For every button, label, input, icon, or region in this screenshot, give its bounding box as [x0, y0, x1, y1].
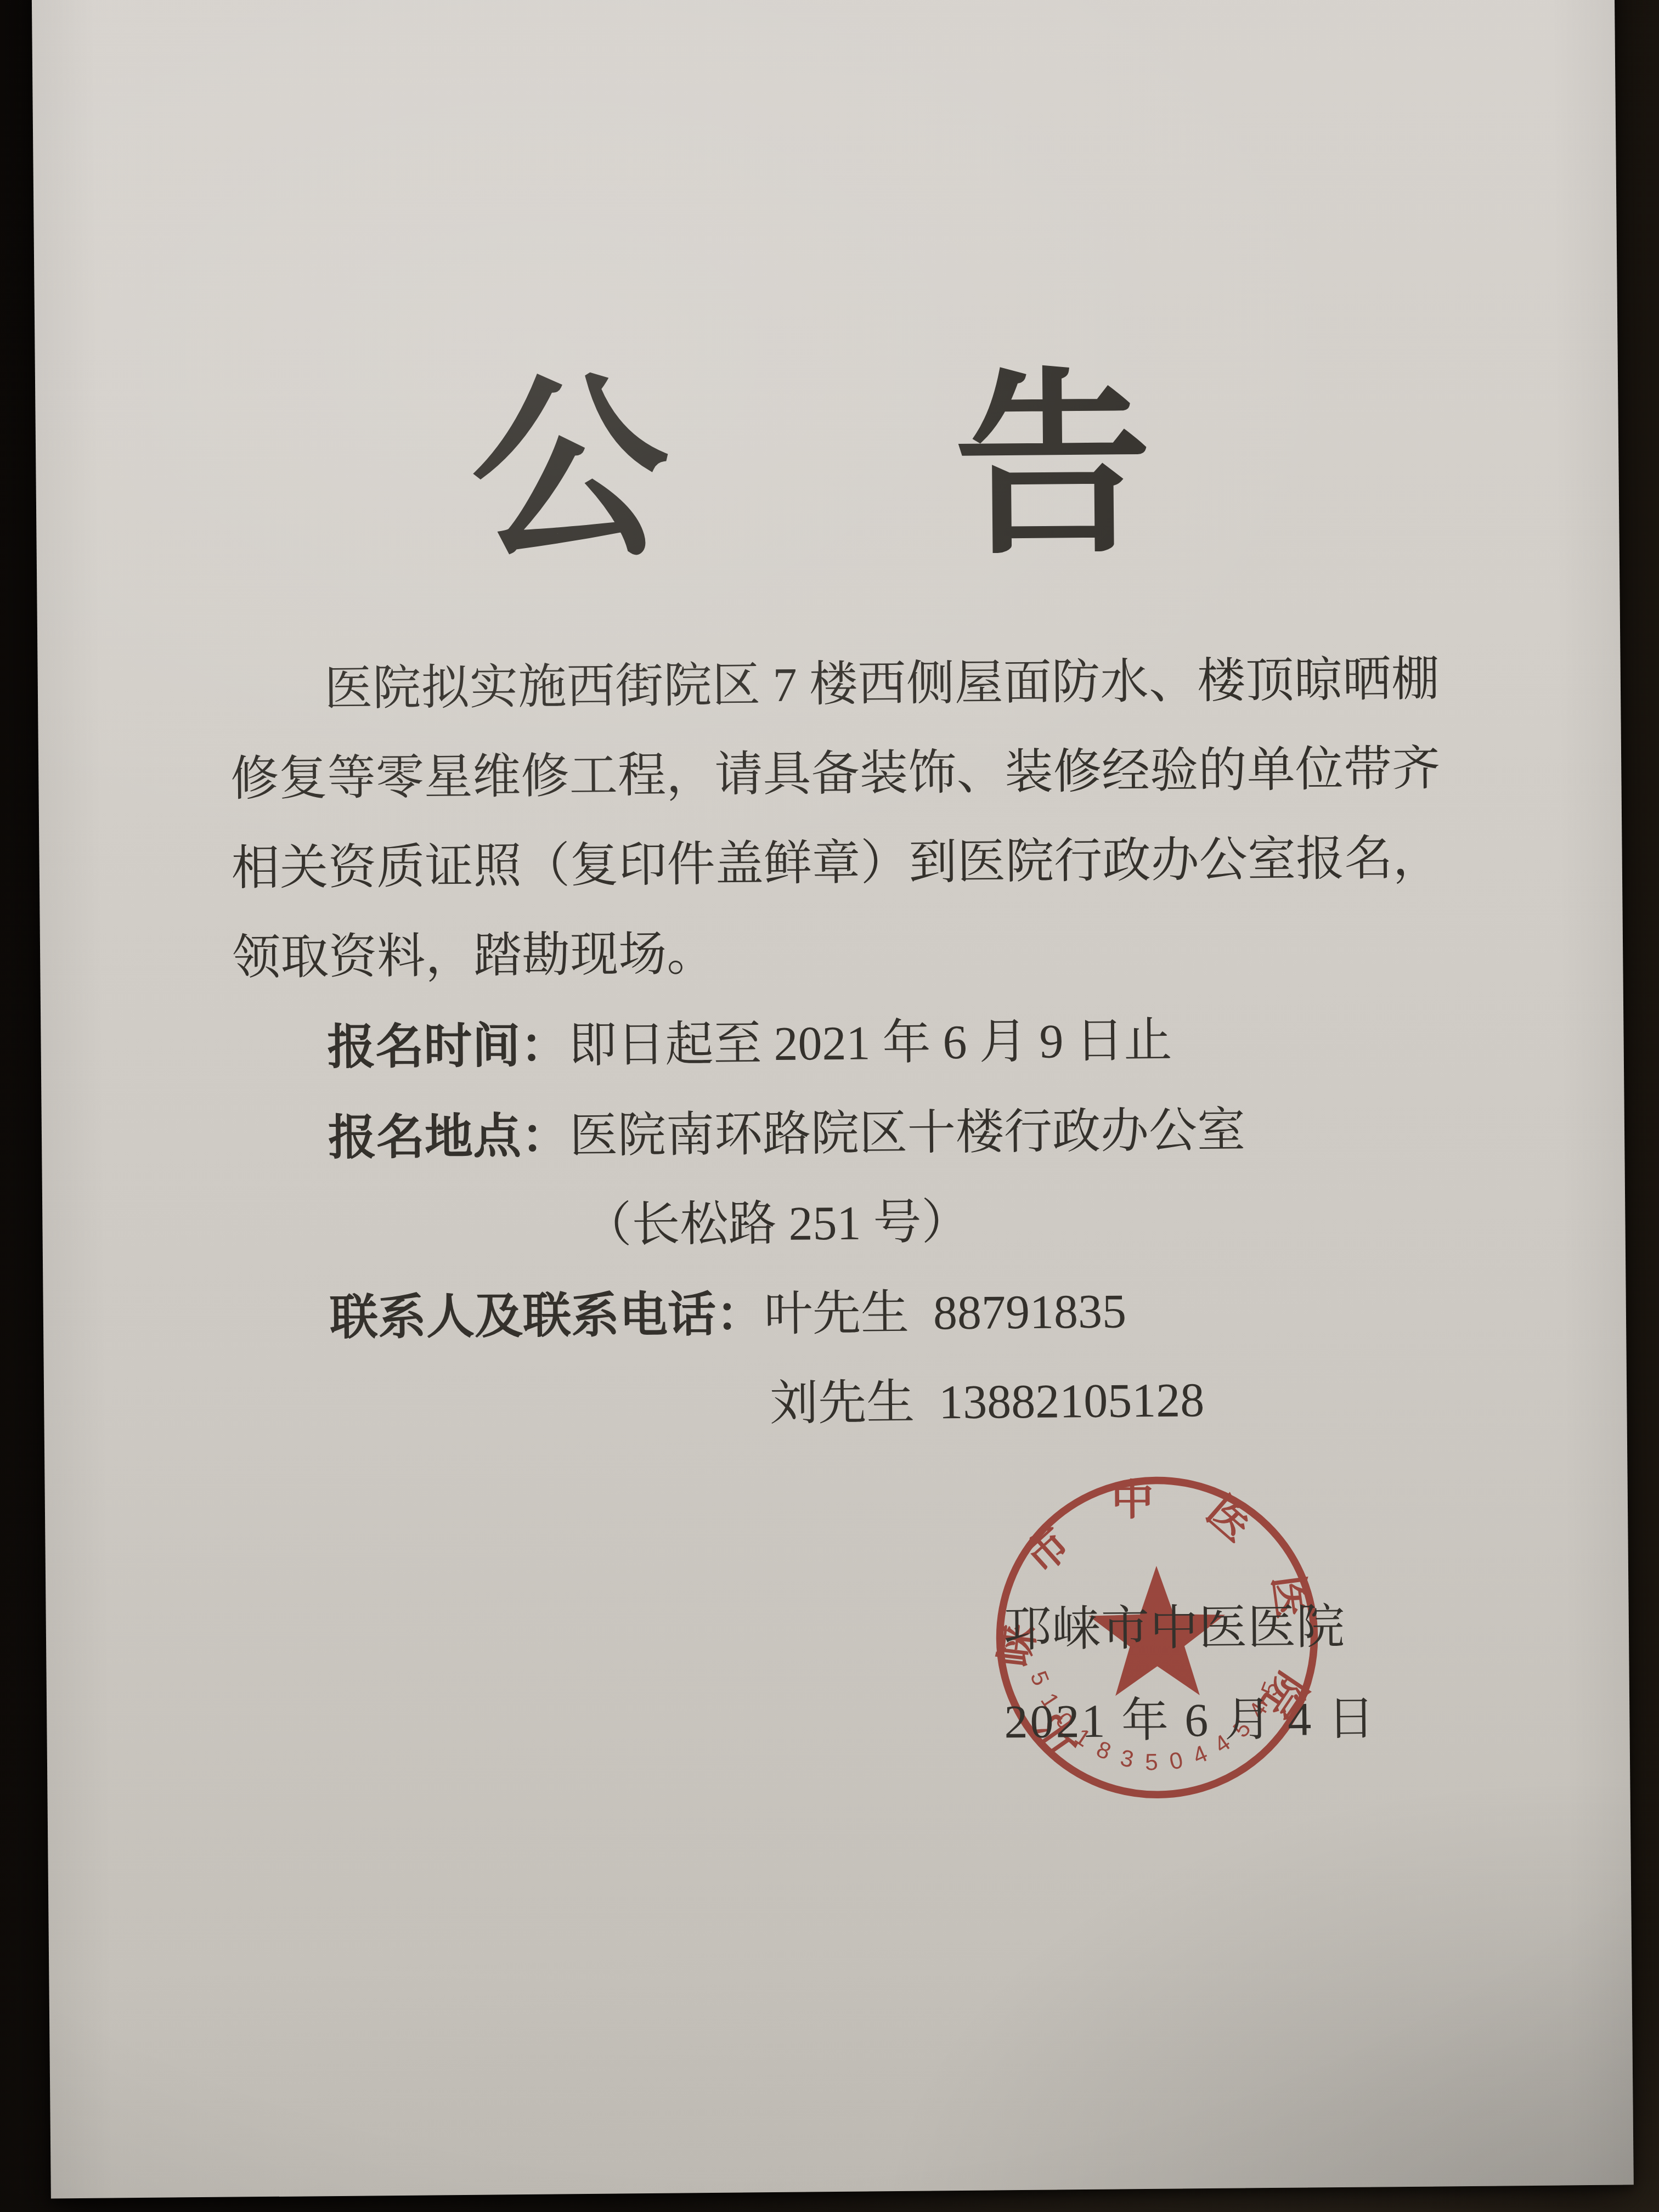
field-label-contact: 联系人及联系电话：	[329, 1286, 764, 1345]
address-note-line: （长松路 251 号）	[234, 1173, 1444, 1273]
notice-body: 医院拟实施西街院区 7 楼西侧屋面防水、楼顶晾晒棚 修复等零星维修工程，请具备装…	[229, 635, 1446, 1453]
title-char-left: 公	[470, 371, 669, 570]
notice-paper: 公 告 医院拟实施西街院区 7 楼西侧屋面防水、楼顶晾晒棚 修复等零星维修工程，…	[31, 0, 1634, 2199]
field-contact: 联系人及联系电话：叶先生 88791835	[235, 1263, 1445, 1364]
field-signup-place: 报名地点：医院南环路院区十楼行政办公室	[233, 1083, 1443, 1184]
body-line-3: 相关资质证照（复印件盖鲜章）到医院行政办公室报名，	[231, 814, 1441, 913]
field-value-contact: 叶先生 88791835	[764, 1285, 1126, 1341]
field-value-signup-place: 医院南环路院区十楼行政办公室	[569, 1104, 1246, 1163]
contact-second-line: 刘先生 13882105128	[236, 1353, 1446, 1453]
field-signup-time: 报名时间：即日起至 2021 年 6 月 9 日止	[233, 992, 1443, 1093]
field-value-signup-time: 即日起至 2021 年 6 月 9 日止	[568, 1014, 1172, 1073]
body-line-2: 修复等零星维修工程，请具备装饰、装修经验的单位带齐	[230, 724, 1441, 824]
body-line-4: 领取资料，踏勘现场。	[232, 903, 1442, 1003]
field-label-signup-time: 报名时间：	[327, 1018, 569, 1074]
photo-background: 公 告 医院拟实施西街院区 7 楼西侧屋面防水、楼顶晾晒棚 修复等零星维修工程，…	[0, 0, 1659, 2212]
field-label-signup-place: 报名地点：	[328, 1108, 570, 1165]
body-line-1: 医院拟实施西街院区 7 楼西侧屋面防水、楼顶晾晒棚	[229, 635, 1440, 735]
title-char-right: 告	[953, 366, 1152, 566]
signature-org: 邛崃市中医医院	[1003, 1604, 1346, 1655]
signature-date: 2021 年 6 月 4 日	[1004, 1695, 1377, 1745]
notice-title: 公 告	[19, 363, 1604, 574]
